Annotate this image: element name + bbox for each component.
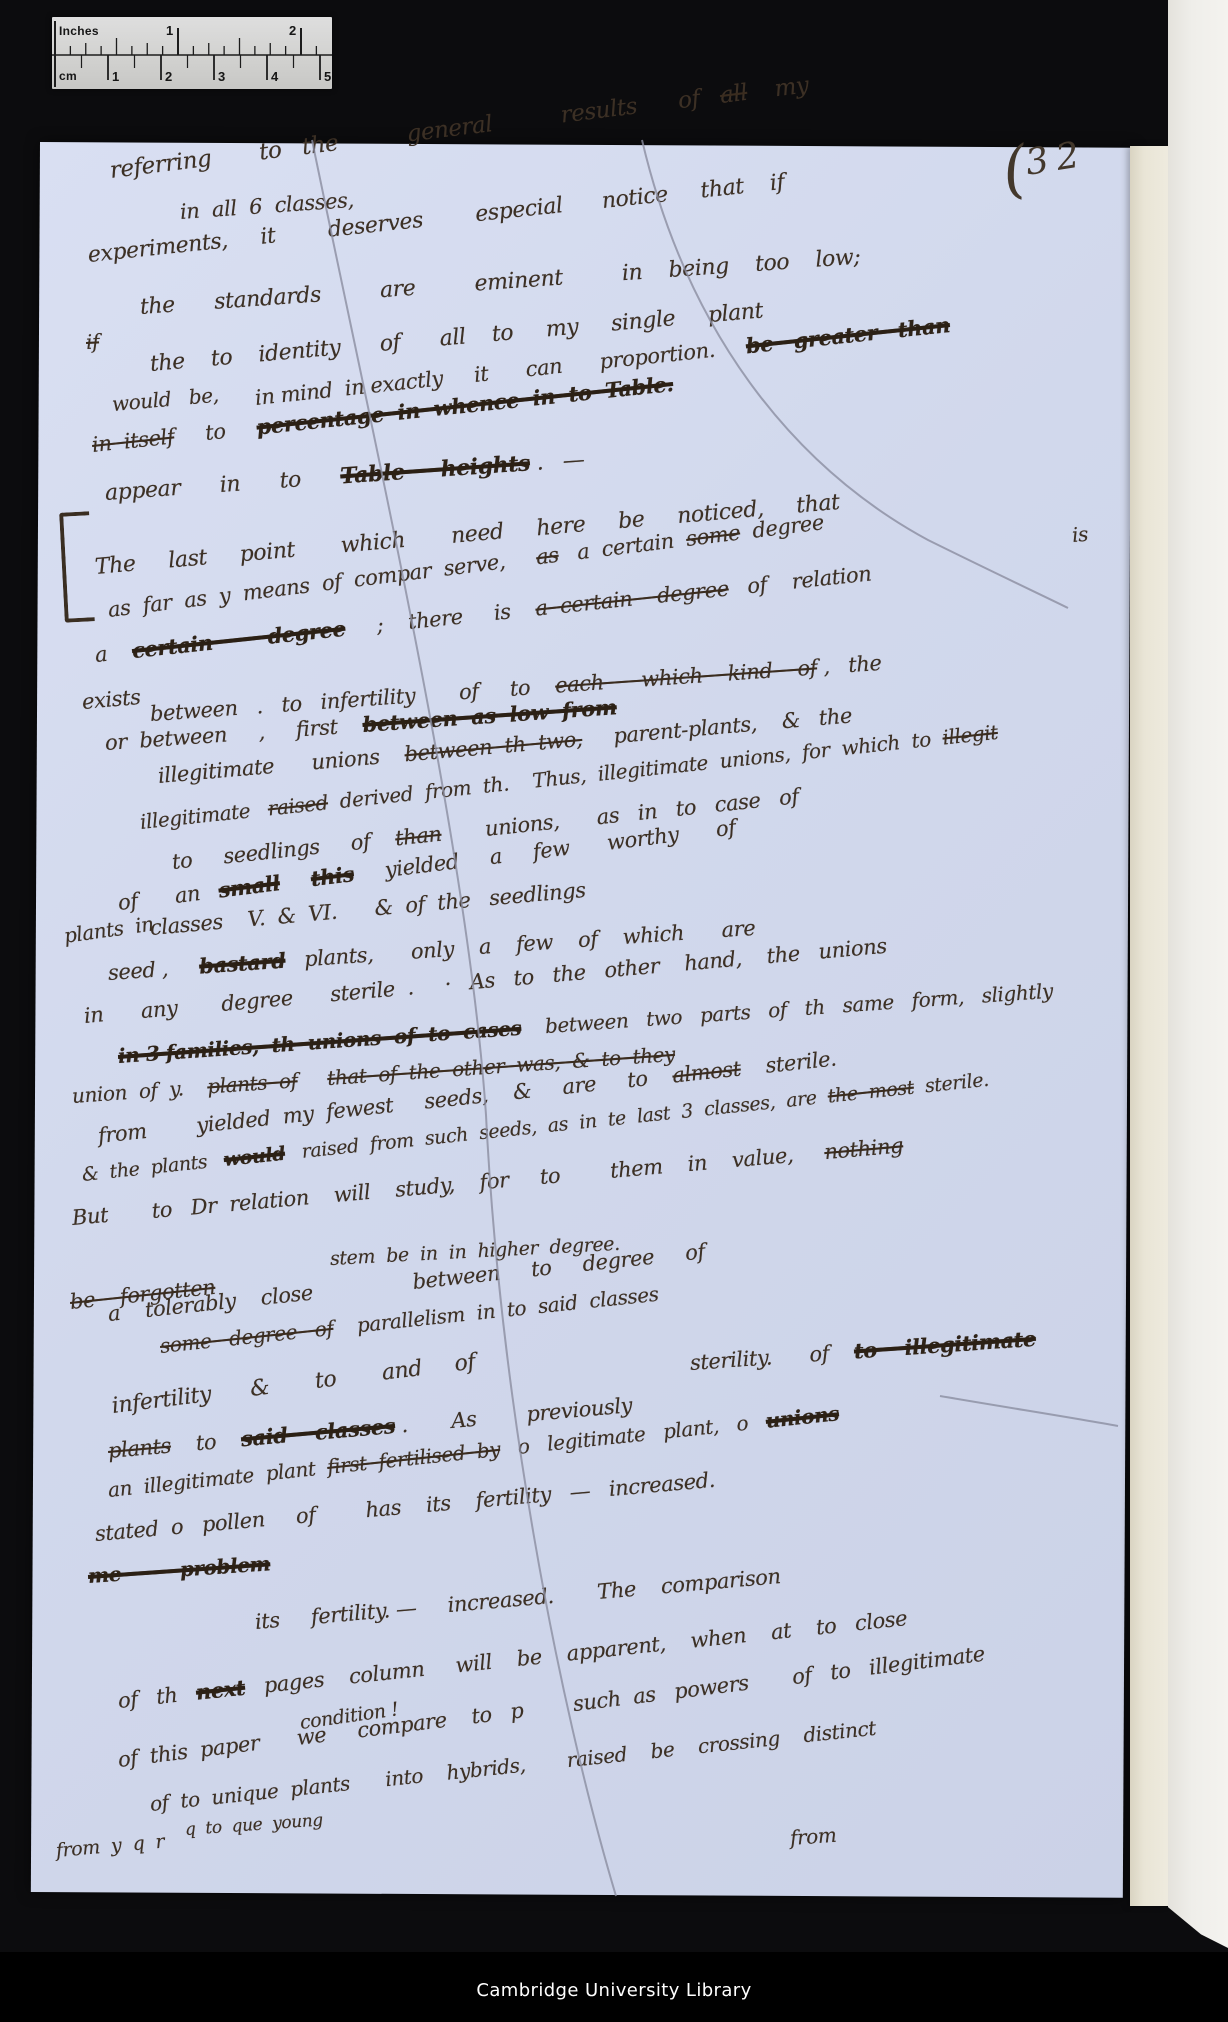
struck-words: this <box>309 861 355 891</box>
words: exists <box>81 685 141 714</box>
handwriting-line: from <box>789 1823 837 1850</box>
struck-words: than <box>394 822 443 851</box>
ruler-cm-number: 1 <box>112 69 119 84</box>
struck-words: all <box>719 80 749 109</box>
words <box>297 1066 328 1092</box>
words: , the <box>816 651 882 679</box>
words: from <box>789 1823 837 1850</box>
photograph-of-manuscript: { "caption": { "text": "Cambridge Univer… <box>0 0 1228 2022</box>
ruler-inch-number: 2 <box>289 23 296 38</box>
measurement-ruler: Inches cm 1212345 <box>52 17 332 89</box>
library-caption: Cambridge University Library <box>0 1980 1228 2001</box>
words: a <box>94 639 134 667</box>
ruler-inches-label: Inches <box>59 24 99 38</box>
words <box>278 867 312 895</box>
paragraph-bracket-mark <box>59 511 95 622</box>
facing-page-edge <box>1168 0 1228 1948</box>
ruler-cm-number: 4 <box>271 69 278 84</box>
page-number: (32 <box>997 122 1093 208</box>
words: . — <box>529 448 585 477</box>
ruler-cm-label: cm <box>59 69 77 83</box>
handwriting-line: is <box>1071 522 1089 547</box>
ruler-cm-number: 2 <box>165 69 172 84</box>
paper-guard-strip <box>1130 146 1170 1906</box>
ruler-inch-number: 1 <box>166 23 173 38</box>
struck-words: next <box>195 1675 247 1705</box>
words: is <box>1071 522 1089 547</box>
words: my <box>746 72 810 105</box>
struck-words: if <box>85 329 99 354</box>
struck-words: as <box>535 543 560 570</box>
ruler-cm-number: 3 <box>218 69 225 84</box>
handwriting-line: exists <box>81 685 141 714</box>
handwriting-line: if <box>85 329 99 354</box>
ruler-cm-number: 5 <box>324 69 331 84</box>
